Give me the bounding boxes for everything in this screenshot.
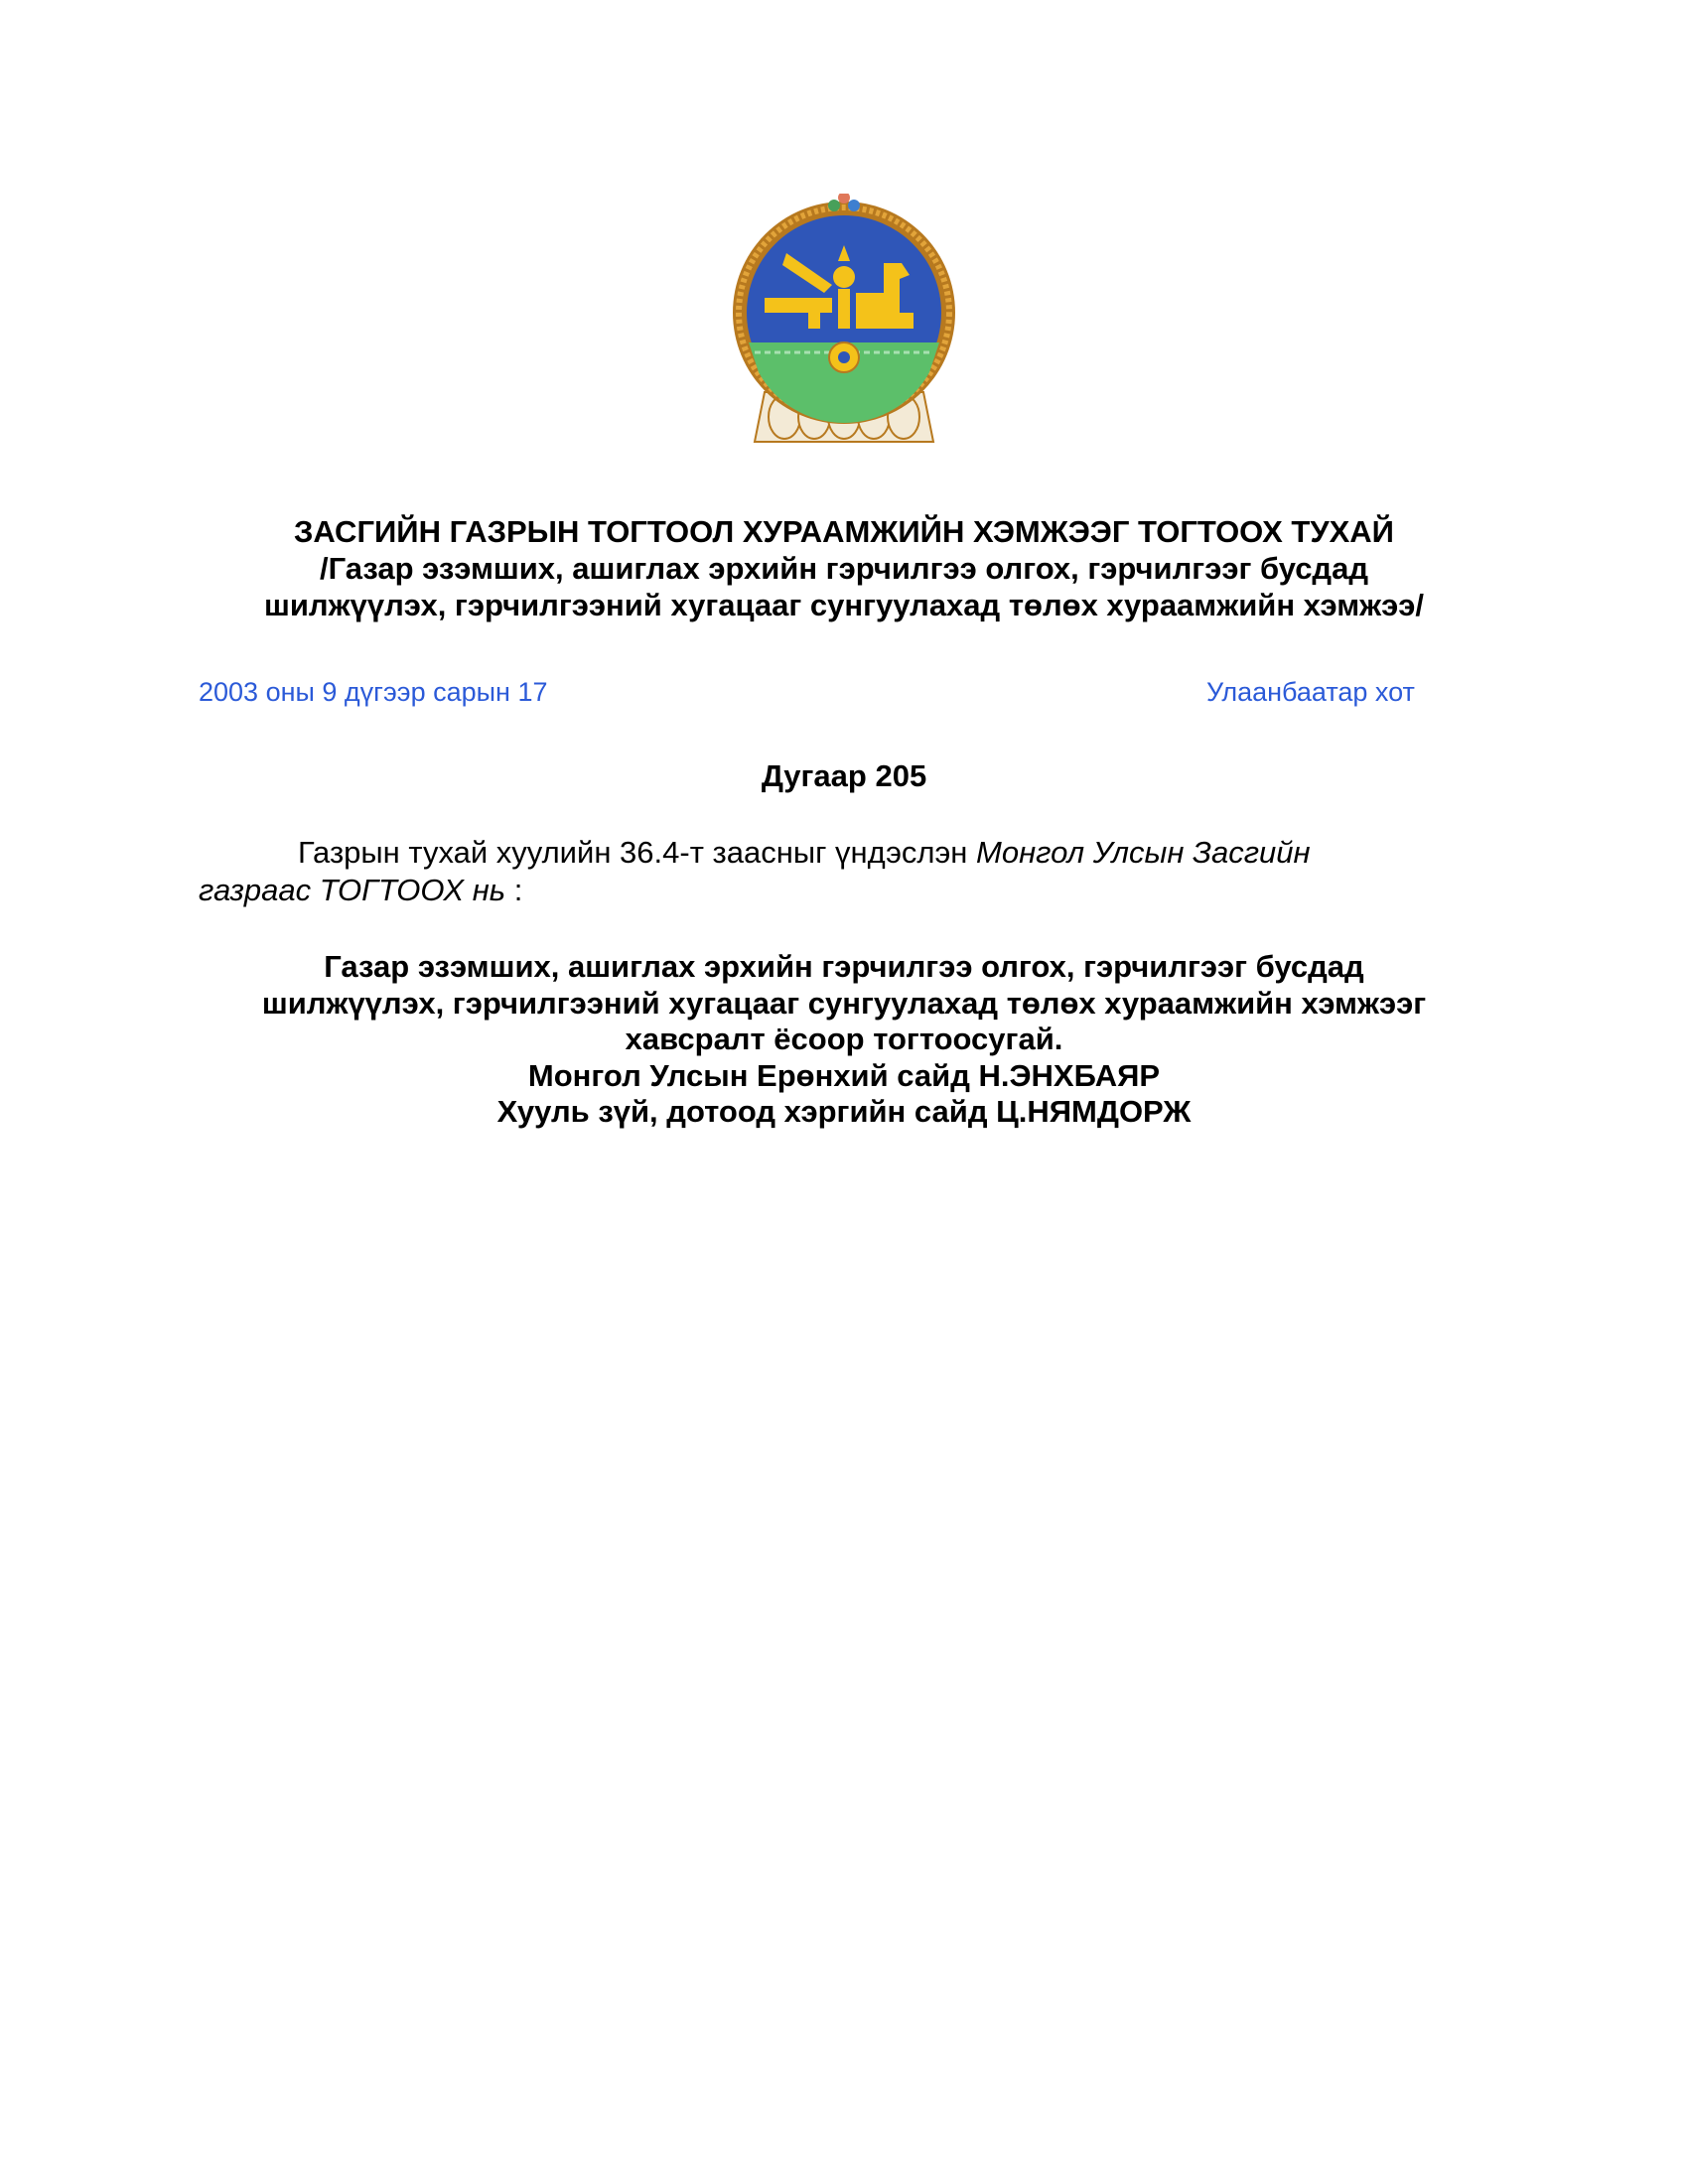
document-title: ЗАСГИЙН ГАЗРЫН ТОГТООЛ ХУРААМЖИЙН ХЭМЖЭЭ…: [149, 513, 1539, 550]
document-subtitle-line-1: /Газар эзэмших, ашиглах эрхийн гэрчилгээ…: [149, 550, 1539, 587]
decision-line-2: шилжүүлэх, гэрчилгээний хугацааг сунгуул…: [149, 986, 1539, 1023]
preamble-tail: :: [505, 873, 522, 907]
soyombo-emblem-icon: [725, 194, 963, 452]
resolution-number: Дугаар 205: [149, 758, 1539, 794]
state-emblem: [725, 194, 963, 452]
decision-line-3: хавсралт ёсоор тогтоосугай.: [149, 1022, 1539, 1058]
preamble-text: Газрын тухай хуулийн 36.4-т заасныг үндэ…: [298, 835, 976, 870]
decision-line-1: Газар эзэмших, ашиглах эрхийн гэрчилгээ …: [149, 949, 1539, 986]
document-title-block: ЗАСГИЙН ГАЗРЫН ТОГТООЛ ХУРААМЖИЙН ХЭМЖЭЭ…: [149, 513, 1539, 623]
signatory-justice-minister: Хууль зүй, дотоод хэргийн сайд Ц.НЯМДОРЖ: [149, 1094, 1539, 1131]
signatory-prime-minister: Монгол Улсын Ерөнхий сайд Н.ЭНХБАЯР: [149, 1058, 1539, 1095]
decision-block: Газар эзэмших, ашиглах эрхийн гэрчилгээ …: [149, 949, 1539, 1131]
document-subtitle-line-2: шилжүүлэх, гэрчилгээний хугацааг сунгуул…: [149, 587, 1539, 623]
preamble-paragraph: Газрын тухай хуулийн 36.4-т заасныг үндэ…: [199, 834, 1420, 909]
resolution-date: 2003 оны 9 дүгээр сарын 17: [199, 677, 547, 708]
resolution-place: Улаанбаатар хот: [1206, 677, 1415, 708]
